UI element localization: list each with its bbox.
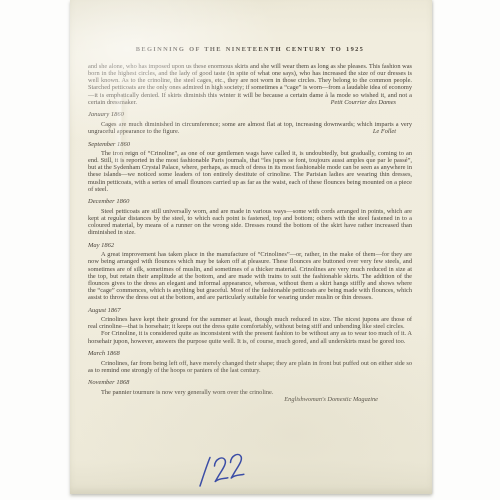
section-date-heading: December 1860 <box>88 198 412 205</box>
section-date-heading: January 1860 <box>88 111 412 118</box>
section-date-heading: September 1860 <box>88 141 412 148</box>
section-paragraph: Crinolines, far from being left off, hav… <box>88 360 412 374</box>
section-date-heading: March 1868 <box>88 350 412 357</box>
section-paragraph: The iron reign of “Crinoline”, as one of… <box>88 150 412 193</box>
section-paragraph: Steel petticoats are still universally w… <box>88 208 412 237</box>
source-attribution: Englishwoman's Domestic Magazine <box>88 396 412 403</box>
book-page: BEGINNING OF THE NINETEENTH CENTURY TO 1… <box>70 0 432 494</box>
section-paragraph: Crinolines have kept their ground for th… <box>88 316 412 330</box>
section-date-heading: August 1867 <box>88 307 412 314</box>
section-date-heading: November 1868 <box>88 379 412 386</box>
section-paragraph: The pannier tournure is now very general… <box>88 389 412 396</box>
section-paragraph: For Crinoline, it is considered quite as… <box>88 330 412 344</box>
handwritten-122-strokes <box>193 451 249 491</box>
handwritten-page-number <box>193 451 249 491</box>
section-date-heading: May 1862 <box>88 242 412 249</box>
dated-entries: January 1860Cages are much diminished in… <box>88 111 412 403</box>
running-head: BEGINNING OF THE NINETEENTH CENTURY TO 1… <box>88 46 412 54</box>
section-paragraph: A great improvement has taken place in t… <box>88 251 412 301</box>
